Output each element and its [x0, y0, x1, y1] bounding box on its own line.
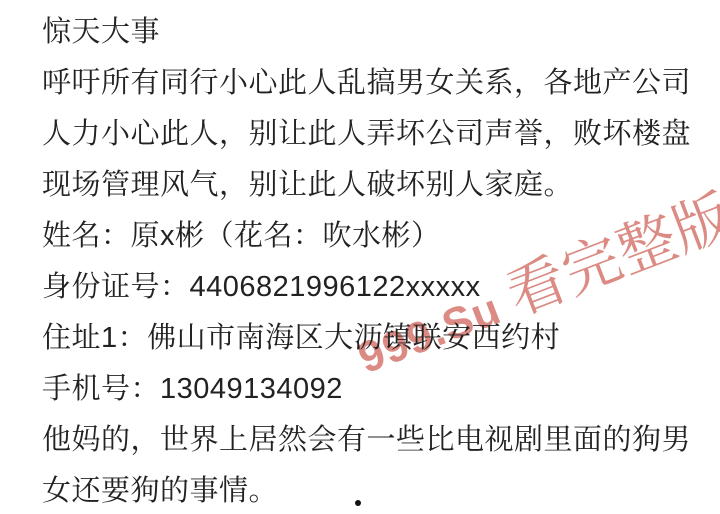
post-screenshot: 999.Su 看完整版 惊天大事 呼吁所有同行小心此人乱搞男女关系，各地产公司 …: [0, 0, 720, 514]
text-line: 他妈的，世界上居然会有一些比电视剧里面的狗男: [42, 415, 720, 466]
text-line: 人力小心此人，别让此人弄坏公司声誉，败坏楼盘: [42, 109, 720, 160]
id-number-line: 身份证号：4406821996122xxxxx: [42, 262, 720, 313]
address-line: 住址1：佛山市南海区大沥镇联安西约村: [42, 313, 720, 364]
post-body: 惊天大事 呼吁所有同行小心此人乱搞男女关系，各地产公司 人力小心此人，别让此人弄…: [0, 0, 720, 514]
text-line: 女还要狗的事情。: [42, 466, 720, 514]
post-title: 惊天大事: [42, 7, 720, 58]
text-line: 呼吁所有同行小心此人乱搞男女关系，各地产公司: [42, 58, 720, 109]
text-line: 现场管理风气，别让此人破坏别人家庭。: [42, 160, 720, 211]
page-indicator-dot: [355, 500, 361, 506]
name-line: 姓名：原x彬（花名：吹水彬）: [42, 211, 720, 262]
phone-line: 手机号：13049134092: [42, 364, 720, 415]
